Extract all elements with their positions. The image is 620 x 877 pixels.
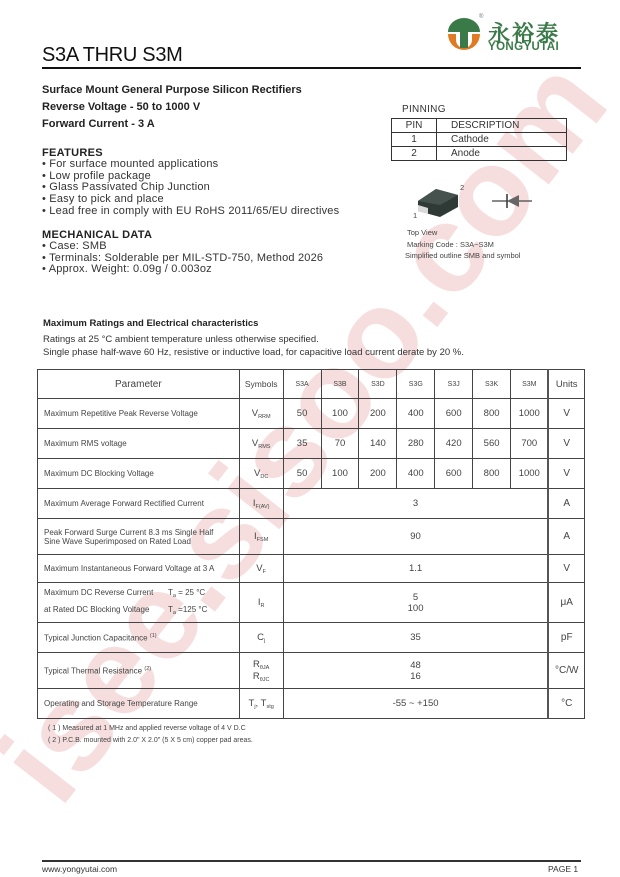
value-cell: 700 [511,429,549,459]
value-cell: 200 [359,399,397,429]
value-cell: 200 [359,459,397,489]
table-row: Peak Forward Surge Current 8.3 ms Single… [38,519,585,555]
pin-column-header: PIN [392,119,437,133]
param-name: Peak Forward Surge Current 8.3 ms Single… [38,519,240,555]
table-row: 1 Cathode [392,133,567,147]
value-cell: 35 [283,429,321,459]
footer-website-link[interactable]: www.yongyutai.com [42,864,117,874]
type-header: S3A [283,370,321,399]
value-cell: 1000 [511,399,549,429]
param-symbol: Cj [239,623,283,653]
unit-cell: V [548,429,584,459]
unit-cell: A [548,489,584,519]
footnote-2: ( 2 ) P.C.B. mounted with 2.0" X 2.0" (5… [48,737,253,744]
table-row: Maximum Instantaneous Forward Voltage at… [38,555,585,583]
unit-cell: V [548,459,584,489]
feature-item: • For surface mounted applications [42,159,218,171]
param-symbol: VF [239,555,283,583]
table-header-row: Parameter Symbols S3A S3B S3D S3G S3J S3… [38,370,585,399]
unit-cell: V [548,399,584,429]
registered-mark: ® [479,14,483,20]
caption-top-view: Top View [407,228,437,237]
table-row: Maximum DC Reverse CurrentTa = 25 °C at … [38,583,585,623]
param-symbol: RθJARθJC [239,653,283,689]
value-cell: 50 [283,399,321,429]
param-name: Maximum DC Reverse CurrentTa = 25 °C at … [38,583,240,623]
param-name: Maximum RMS voltage [38,429,240,459]
unit-cell: μA [548,583,584,623]
unit-cell: °C [548,689,584,719]
param-name: Maximum Instantaneous Forward Voltage at… [38,555,240,583]
type-header: S3G [397,370,435,399]
unit-cell: V [548,555,584,583]
type-header: S3B [321,370,359,399]
parameter-header: Parameter [38,370,240,399]
document-title: S3A THRU S3M [42,44,183,67]
value-cell: 35 [283,623,548,653]
ratings-note-2: Single phase half-wave 60 Hz, resistive … [43,347,464,358]
value-cell: 1.1 [283,555,548,583]
value-cell: 420 [435,429,473,459]
table-row: Typical Junction Capacitance (1) Cj 35 p… [38,623,585,653]
value-cell: 4816 [283,653,548,689]
intro-line-2: Reverse Voltage - 50 to 1000 V [42,101,200,113]
ratings-heading: Maximum Ratings and Electrical character… [43,318,258,329]
table-row: Maximum Average Forward Rectified Curren… [38,489,585,519]
unit-cell: A [548,519,584,555]
type-header: S3K [473,370,511,399]
caption-outline: Simplified outline SMB and symbol [405,251,520,260]
table-row: Maximum RMS voltage VRMS 35 70 140 280 4… [38,429,585,459]
value-cell: 600 [435,399,473,429]
mechanical-item: • Case: SMB [42,241,107,253]
param-name: Typical Junction Capacitance (1) [38,623,240,653]
value-cell: 140 [359,429,397,459]
param-symbol: VRRM [239,399,283,429]
value-cell: 90 [283,519,548,555]
value-cell: 600 [435,459,473,489]
value-cell: 5100 [283,583,548,623]
feature-item: • Lead free in comply with EU RoHS 2011/… [42,206,339,218]
brand-logo-icon [444,18,484,58]
unit-cell: pF [548,623,584,653]
value-cell: 100 [321,399,359,429]
header-rule [42,67,581,69]
pin-number: 2 [392,147,437,161]
mechanical-item: • Approx. Weight: 0.09g / 0.003oz [42,264,212,276]
param-name: Maximum DC Blocking Voltage [38,459,240,489]
value-cell: 800 [473,459,511,489]
param-symbol: IF(AV) [239,489,283,519]
footer-rule [42,860,581,862]
type-header: S3D [359,370,397,399]
package-pin-1-label: 1 [413,211,417,220]
param-name: Typical Thermal Resistance (2) [38,653,240,689]
type-header: S3J [435,370,473,399]
value-cell: -55 ~ +150 [283,689,548,719]
value-cell: 3 [283,489,548,519]
diode-symbol-icon [492,193,532,209]
value-cell: 50 [283,459,321,489]
pin-description: Cathode [437,133,567,147]
param-symbol: IFSM [239,519,283,555]
value-cell: 400 [397,399,435,429]
unit-cell: °C/W [548,653,584,689]
description-column-header: DESCRIPTION [437,119,567,133]
value-cell: 400 [397,459,435,489]
table-row: Typical Thermal Resistance (2) RθJARθJC … [38,653,585,689]
footnote-1: ( 1 ) Measured at 1 MHz and applied reve… [48,725,246,732]
ratings-note-1: Ratings at 25 °C ambient temperature unl… [43,334,319,345]
feature-item: • Glass Passivated Chip Junction [42,182,210,194]
package-pin-2-label: 2 [460,183,464,192]
param-symbol: VDC [239,459,283,489]
param-symbol: IR [239,583,283,623]
value-cell: 560 [473,429,511,459]
feature-item: • Easy to pick and place [42,194,164,206]
pinning-heading: PINNING [402,104,446,115]
pin-number: 1 [392,133,437,147]
table-row: 2 Anode [392,147,567,161]
value-cell: 100 [321,459,359,489]
brand-name-en: YONGYUTAI [488,41,559,53]
intro-line-1: Surface Mount General Purpose Silicon Re… [42,84,302,96]
param-name: Maximum Average Forward Rectified Curren… [38,489,240,519]
table-row: Operating and Storage Temperature Range … [38,689,585,719]
param-name: Operating and Storage Temperature Range [38,689,240,719]
table-row: Maximum Repetitive Peak Reverse Voltage … [38,399,585,429]
param-symbol: Tj, Tstg [239,689,283,719]
pinning-header-row: PIN DESCRIPTION [392,119,567,133]
caption-marking-code: Marking Code : S3A~S3M [407,240,494,249]
symbols-header: Symbols [239,370,283,399]
value-cell: 70 [321,429,359,459]
units-header: Units [548,370,584,399]
type-header: S3M [511,370,549,399]
ratings-table: Parameter Symbols S3A S3B S3D S3G S3J S3… [37,369,585,719]
page-number: PAGE 1 [548,864,578,874]
table-row: Maximum DC Blocking Voltage VDC 50 100 2… [38,459,585,489]
param-symbol: VRMS [239,429,283,459]
value-cell: 1000 [511,459,549,489]
intro-line-3: Forward Current - 3 A [42,118,155,130]
value-cell: 280 [397,429,435,459]
param-name: Maximum Repetitive Peak Reverse Voltage [38,399,240,429]
pin-description: Anode [437,147,567,161]
smb-package-icon [414,183,464,219]
pinning-table: PIN DESCRIPTION 1 Cathode 2 Anode [391,118,567,161]
value-cell: 800 [473,399,511,429]
